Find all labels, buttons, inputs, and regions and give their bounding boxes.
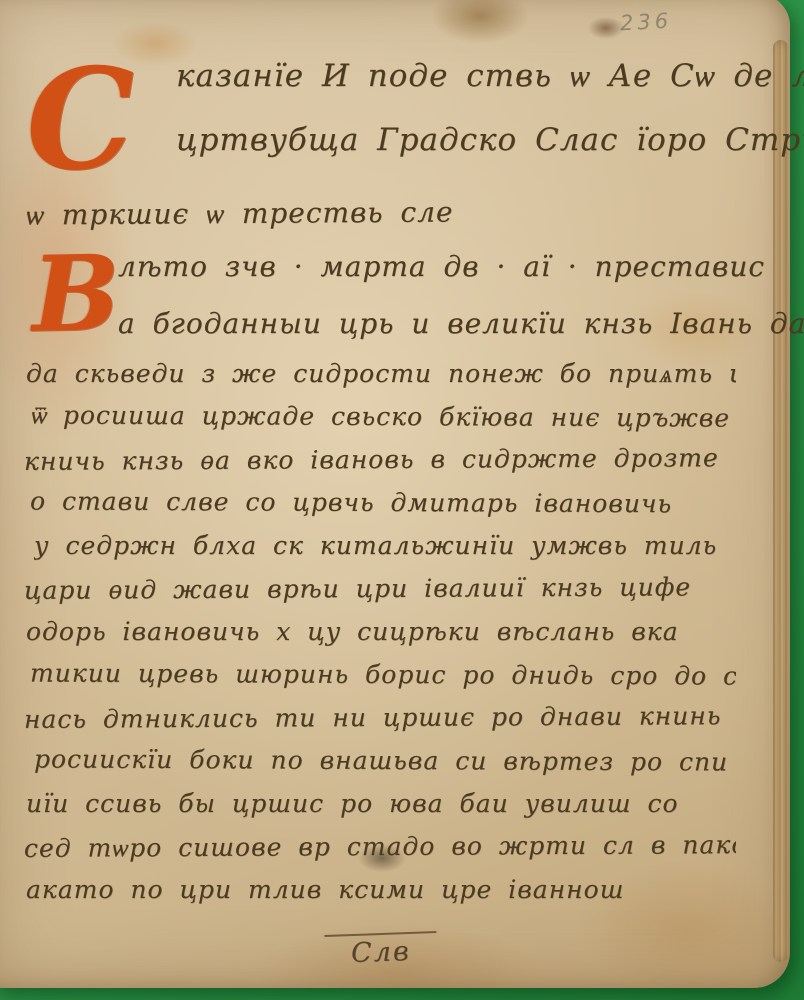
entry-lines: лѣто зчв · марта дв · аї · преставис а б…	[118, 238, 804, 352]
manuscript-line: ѿ росииша цржаде свьско бкїюва ниє цръжв…	[30, 393, 736, 439]
manuscript-line: цари ѳид жави врѣи цри івалииї кнзь цифе	[24, 565, 736, 612]
catchword-wrap: Слв	[26, 933, 736, 968]
manuscript-line: а бгоданныи црь и великїи кнзь Івань дан…	[118, 295, 804, 352]
manuscript-text: С казанїе И поде ствь ѡ Ае Сѡ де ла Слвь…	[26, 44, 736, 968]
photo-backdrop: 236 С казанїе И поде ствь ѡ Ае Сѡ де ла …	[0, 0, 804, 1000]
manuscript-line: казанїе И поде ствь ѡ Ае Сѡ де ла Слвь	[176, 44, 804, 108]
body-lines: да скьведи з же сидрости понеж бо приѧть…	[26, 352, 736, 911]
manuscript-line: иїи ссивь бы цршис ро юва баи увилиш со	[26, 782, 736, 825]
manuscript-line: ѡ тркшиє ѡ трествь сле	[26, 186, 736, 241]
heading-lines: казанїе И поде ствь ѡ Ае Сѡ де ла Слвь ц…	[176, 44, 804, 172]
catchword: Слв	[325, 931, 438, 970]
manuscript-line: сед тѡро сишове вр стадо во жрти сл в па…	[24, 823, 736, 870]
rubric-initial-v: В	[31, 241, 119, 346]
manuscript-line: одорь івановичь х цу сицрѣки вѣслань вка	[26, 610, 736, 653]
manuscript-line: цртвубща Градско Слас їоро Стрите	[176, 108, 804, 172]
manuscript-line: тикии цревь шюринь борис ро днидь сро до…	[30, 651, 736, 697]
manuscript-page: 236 С казанїе И поде ствь ѡ Ае Сѡ де ла …	[0, 0, 790, 988]
folio-number: 236	[619, 9, 672, 36]
manuscript-line: росиискїи боки по внашьва си вѣртез ро с…	[34, 737, 736, 783]
manuscript-line: кничь кнзь ѳа вко івановь в сидржте дроз…	[24, 436, 736, 483]
heading-block: С казанїе И поде ствь ѡ Ае Сѡ де ла Слвь…	[26, 44, 736, 188]
manuscript-line: да скьведи з же сидрости понеж бо приѧть…	[26, 352, 736, 395]
manuscript-line: у седржн блха ск китальжинїи умжвь тиль	[34, 524, 736, 567]
book-fore-edge	[773, 40, 788, 962]
manuscript-line: акато по цри тлив ксими цре іваннош	[26, 868, 736, 911]
manuscript-line: нась дтниклись ти ни цршиє ро днави книн…	[24, 694, 736, 741]
rubric-initial-s: С	[24, 47, 179, 190]
dated-entry-block: В лѣто зчв · марта дв · аї · преставис а…	[26, 238, 736, 352]
manuscript-line: лѣто зчв · марта дв · аї · преставис	[118, 238, 804, 295]
manuscript-line: о стави слве со црвчь дмитарь івановичь	[30, 479, 736, 525]
